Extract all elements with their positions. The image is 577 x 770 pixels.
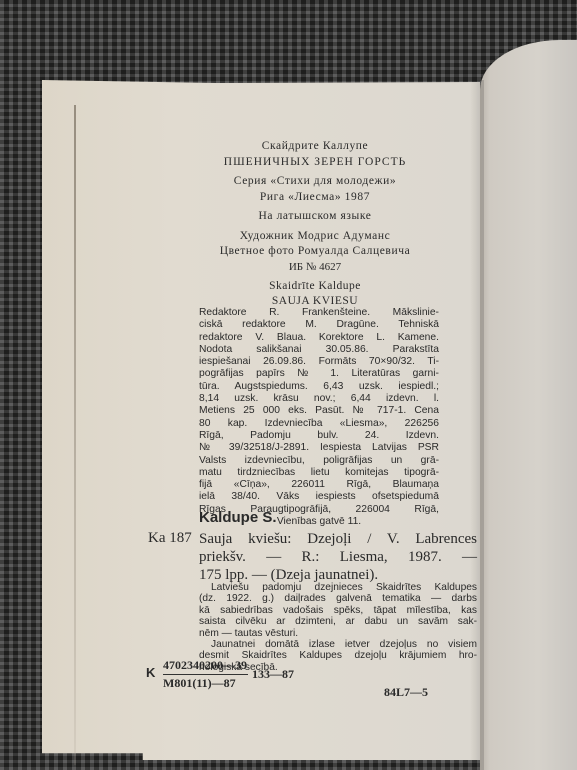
- catalog-entry: Sauja kviešu: Dzejoļi / V. Labrences pri…: [199, 530, 477, 584]
- imprint-line: iespiešanai 26.09.86. Formāts 70×90/32. …: [199, 356, 439, 368]
- imprint-line: matu tirdzniecības lietu komitejas tipog…: [199, 467, 439, 479]
- imprint-line: № 39/32518/J-2891. Iespiesta Latvijas PS…: [199, 442, 439, 454]
- imprint-line: Valsts izdevniecību, poligrāfijas un grā…: [199, 455, 439, 467]
- annotation-line: Latviešu padomju dzejnieces Skaidrītes K…: [199, 582, 477, 593]
- imprint-line: ciskā redaktore M. Dragūne. Tehniskā: [199, 319, 439, 331]
- k-letter: K: [146, 665, 155, 680]
- ru-author: Скайдрите Каллупе: [180, 139, 450, 155]
- call-number: Ka 187: [148, 530, 192, 547]
- fraction-suffix: 133—87: [252, 667, 294, 682]
- ru-artist: Художник Модрис Адуманс: [180, 229, 450, 245]
- russian-title-block: Скайдрите Каллупе ПШЕНИЧНЫХ ЗЕРЕН ГОРСТЬ…: [180, 139, 450, 260]
- catalog-author-heading: Kaldupe S.: [199, 509, 277, 526]
- fraction-numerator: 4702340200—39: [163, 658, 248, 675]
- imprint-line: redaktore V. Blaua. Korektore L. Kamene.: [199, 332, 439, 344]
- entry-line: Sauja kviešu: Dzejoļi / V. Labrences: [199, 530, 477, 548]
- ru-series: Серия «Стихи для молодежи»: [180, 174, 450, 190]
- annotation-line: saista cilvēku ar dzimteni, ar dabu un s…: [199, 616, 477, 627]
- imprint-line: pogrāfijas papīrs № 1. Literatūras garni…: [199, 368, 439, 380]
- lv-author: Skaidrīte Kaldupe: [180, 279, 450, 294]
- imprint-line: tūra. Augstspiedums. 6,43 uzsk. iespiedl…: [199, 381, 439, 393]
- annotation-line: nēm — tautas vēsturi.: [199, 628, 477, 639]
- imprint-line: Nodota salikšanai 30.05.86. Parakstīta: [199, 344, 439, 356]
- entry-line: priekšv. — R.: Liesma, 1987. —: [199, 548, 477, 566]
- imprint-line: 80 kap. Izdevniecība «Liesma», 226256: [199, 418, 439, 430]
- annotation-line: kā sabiedrības vadošais spēks, tāpat mīl…: [199, 605, 477, 616]
- annotation-line: Jaunatnei domātā izlase ietver dzejoļus …: [199, 639, 477, 650]
- ru-language: На латышском языке: [180, 209, 450, 225]
- catalog-fraction: 4702340200—39 M801(11)—87: [163, 658, 248, 691]
- ru-publisher: Рига «Лиесма» 1987: [180, 190, 450, 206]
- imprint-line: Redaktore R. Frankenšteine. Mākslinie-: [199, 307, 439, 319]
- ru-title: ПШЕНИЧНЫХ ЗЕРЕН ГОРСТЬ: [180, 155, 450, 171]
- right-page-edge: [480, 40, 577, 770]
- annotation-line: (dz. 1922. g.) daiļrades galvenā tematik…: [199, 593, 477, 604]
- imprint-line: 8,14 uzsk. krāsu nov.; 6,44 izdevn. l.: [199, 393, 439, 405]
- imprint-line: fijā «Cīņa», 226011 Rīgā, Blaumaņa: [199, 479, 439, 491]
- imprint-line: Metiens 25 000 eks. Pasūt. № 717-1. Cena: [199, 405, 439, 417]
- fraction-denominator: M801(11)—87: [163, 675, 248, 691]
- bbk-code: 84L7—5: [384, 685, 428, 700]
- imprint-line: Rīgā, Padomju bulv. 24. Izdevn.: [199, 430, 439, 442]
- imprint-line: ielā 38/40. Vāks iespiests ofsetspiedumā: [199, 491, 439, 503]
- imprint-text: Redaktore R. Frankenšteine. Mākslinie- c…: [199, 307, 439, 528]
- ib-number: ИБ № 4627: [180, 261, 450, 273]
- latvian-title-block: Skaidrīte Kaldupe SAUJA KVIESU: [180, 279, 450, 309]
- ru-photo: Цветное фото Ромуалда Салцевича: [180, 244, 450, 260]
- page-crease: [74, 105, 76, 765]
